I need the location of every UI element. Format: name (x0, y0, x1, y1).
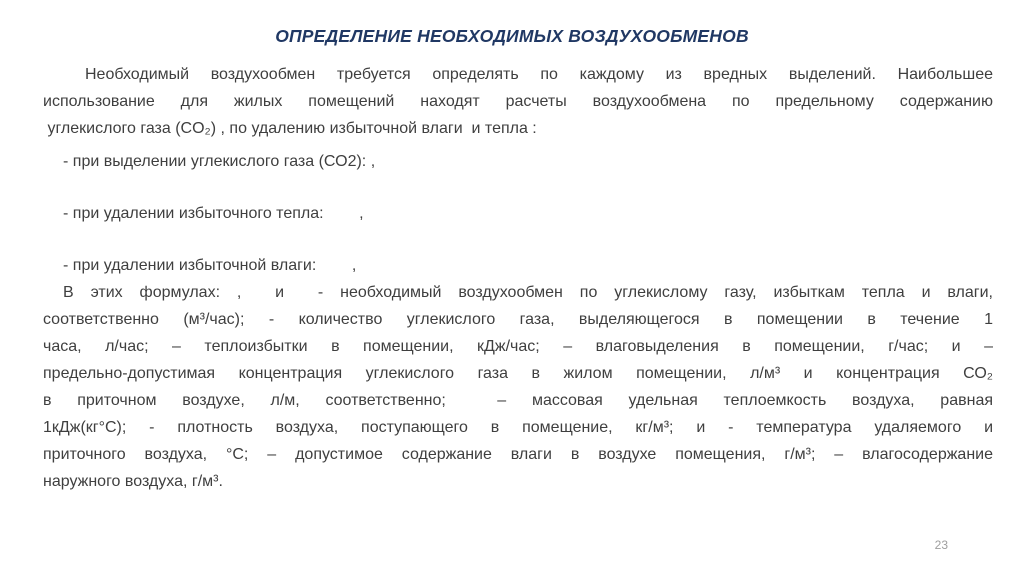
presentation-slide: ОПРЕДЕЛЕНИЕ НЕОБХОДИМЫХ ВОЗДУХООБМЕНОВ Н… (0, 0, 1024, 576)
explanation-line-1: В этих формулах: , и - необходимый возду… (43, 279, 993, 306)
intro-line-1: Необходимый воздухообмен требуется опред… (43, 61, 993, 88)
formula-bullet-list: - при выделении углекислого газа (СО2): … (43, 148, 993, 279)
explanation-line-6: 1кДж(кг°С); - плотность воздуха, поступа… (43, 414, 993, 441)
explanation-line-8: наружного воздуха, г/м³. (43, 468, 993, 495)
bullet-excess-heat: - при удалении избыточного тепла: , (43, 200, 993, 227)
intro-line-3: углекислого газа (CO₂) , по удалению изб… (43, 115, 993, 142)
explanation-paragraph: В этих формулах: , и - необходимый возду… (43, 279, 993, 495)
intro-paragraph: Необходимый воздухообмен требуется опред… (43, 61, 993, 142)
explanation-line-5: в приточном воздухе, л/м, соответственно… (43, 387, 993, 414)
explanation-line-2: соответственно (м³/час); - количество уг… (43, 306, 993, 333)
page-number: 23 (935, 538, 948, 552)
bullet-excess-moisture: - при удалении избыточной влаги: , (43, 252, 993, 279)
bullet-co2: - при выделении углекислого газа (СО2): … (43, 148, 993, 175)
intro-line-2: использование для жилых помещений находя… (43, 88, 993, 115)
explanation-line-7: приточного воздуха, °С; – допустимое сод… (43, 441, 993, 468)
slide-body: Необходимый воздухообмен требуется опред… (43, 61, 993, 495)
explanation-line-3: часа, л/час; – теплоизбытки в помещении,… (43, 333, 993, 360)
slide-title: ОПРЕДЕЛЕНИЕ НЕОБХОДИМЫХ ВОЗДУХООБМЕНОВ (0, 26, 1024, 47)
explanation-line-4: предельно-допустимая концентрация углеки… (43, 360, 993, 387)
